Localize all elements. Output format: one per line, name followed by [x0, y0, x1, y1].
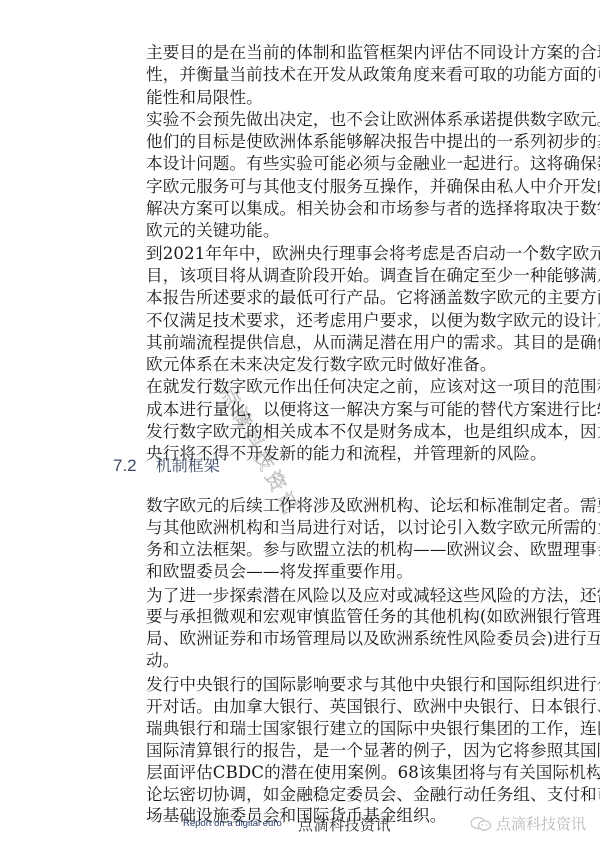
text-line: 要与承担微观和宏观审慎监管任务的其他机构(如欧洲银行管理: [146, 606, 536, 628]
text-line: 为了进一步探索潜在风险以及应对或减轻这些风险的方法，还需: [146, 585, 536, 607]
intro-paragraphs: 主要目的是在当前的体制和监管框架内评估不同设计方案的合理 性，并衡量当前技术在开…: [146, 42, 536, 466]
text-line: 与其他欧洲机构和当局进行对话，以讨论引入数字欧元所需的业: [146, 517, 536, 539]
section-title: 机制框架: [156, 456, 220, 475]
paragraph: 主要目的是在当前的体制和监管框架内评估不同设计方案的合理 性，并衡量当前技术在开…: [146, 42, 536, 109]
text-line: 不仅满足技术要求，还考虑用户要求，以便为数字欧元的设计及: [146, 310, 536, 332]
paragraph: 数字欧元的后续工作将涉及欧洲机构、论坛和标准制定者。需要 与其他欧洲机构和当局进…: [146, 495, 536, 583]
paragraph: 为了进一步探索潜在风险以及应对或减轻这些风险的方法，还需 要与承担微观和宏观审慎…: [146, 585, 536, 673]
text-line: 字欧元服务可与其他支付服务互操作，并确保由私人中介开发的: [146, 176, 536, 198]
section-7-2-paragraphs: 数字欧元的后续工作将涉及欧洲机构、论坛和标准制定者。需要 与其他欧洲机构和当局进…: [146, 495, 536, 827]
text-line: 务和立法框架。参与欧盟立法的机构——欧洲议会、欧盟理事会: [146, 539, 536, 561]
section-heading: 7.2 机制框架: [113, 453, 220, 476]
text-line: 和欧盟委员会——将发挥重要作用。: [146, 561, 536, 583]
paragraph: 发行中央银行的国际影响要求与其他中央银行和国际组织进行公 开对话。由加拿大银行、…: [146, 674, 536, 827]
text-line: 局、欧洲证券和市场管理局以及欧洲系统性风险委员会)进行互: [146, 628, 536, 650]
text-line: 本报告所述要求的最低可行产品。它将涵盖数字欧元的主要方面，: [146, 287, 536, 309]
text-line: 数字欧元的后续工作将涉及欧洲机构、论坛和标准制定者。需要: [146, 495, 536, 517]
text-line: 在就发行数字欧元作出任何决定之前，应该对这一项目的范围和: [146, 376, 536, 398]
wechat-icon: [470, 816, 492, 832]
text-line: 开对话。由加拿大银行、英国银行、欧洲中央银行、日本银行、: [146, 696, 536, 718]
text-line: 实验不会预先做出决定，也不会让欧洲体系承诺提供数字欧元。: [146, 109, 536, 131]
paragraph: 到2021年年中，欧洲央行理事会将考虑是否启动一个数字欧元项 目，该项目将从调查…: [146, 243, 536, 377]
text-line: 他们的目标是使欧洲体系能够解决报告中提出的一系列初步的基: [146, 131, 536, 153]
text-line: 主要目的是在当前的体制和监管框架内评估不同设计方案的合理: [146, 42, 536, 64]
text-line: 欧元体系在未来决定发行数字欧元时做好准备。: [146, 354, 536, 376]
text-line: 解决方案可以集成。相关协会和市场参与者的选择将取决于数字: [146, 198, 536, 220]
wechat-watermark-text: 点滴科技资讯: [496, 813, 586, 834]
paragraph: 实验不会预先做出决定，也不会让欧洲体系承诺提供数字欧元。 他们的目标是使欧洲体系…: [146, 109, 536, 243]
text-line: 动。: [146, 650, 536, 672]
text-line: 论坛密切协调，如金融稳定委员会、金融行动任务组、支付和市: [146, 784, 536, 806]
text-line: 到2021年年中，欧洲央行理事会将考虑是否启动一个数字欧元项: [146, 243, 536, 265]
footer-report-title: Report on a digital euro: [183, 818, 282, 829]
document-page: 点滴科技资讯 主要目的是在当前的体制和监管框架内评估不同设计方案的合理 性，并衡…: [0, 0, 600, 849]
section-number: 7.2: [113, 456, 151, 476]
text-line: 层面评估CBDC的潜在使用案例。68该集团将与有关国际机构和: [146, 762, 536, 784]
text-line: 发行中央银行的国际影响要求与其他中央银行和国际组织进行公: [146, 674, 536, 696]
wechat-watermark: 点滴科技资讯: [470, 813, 586, 834]
text-line: 成本进行量化，以便将这一解决方案与可能的替代方案进行比较。: [146, 399, 536, 421]
text-line: 欧元的关键功能。: [146, 220, 536, 242]
text-line: 能性和局限性。: [146, 87, 536, 109]
text-line: 国际清算银行的报告，是一个显著的例子，因为它将参照其国际: [146, 740, 536, 762]
footer-source-label: 点滴科技资讯: [298, 814, 391, 835]
text-line: 其前端流程提供信息，从而满足潜在用户的需求。其目的是确保: [146, 332, 536, 354]
text-line: 性，并衡量当前技术在开发从政策角度来看可取的功能方面的可: [146, 64, 536, 86]
text-line: 发行数字欧元的相关成本不仅是财务成本，也是组织成本，因为: [146, 421, 536, 443]
text-line: 目，该项目将从调查阶段开始。调查旨在确定至少一种能够满足: [146, 265, 536, 287]
text-line: 瑞典银行和瑞士国家银行建立的国际中央银行集团的工作，连同: [146, 718, 536, 740]
text-line: 本设计问题。有些实验可能必须与金融业一起进行。这将确保数: [146, 153, 536, 175]
